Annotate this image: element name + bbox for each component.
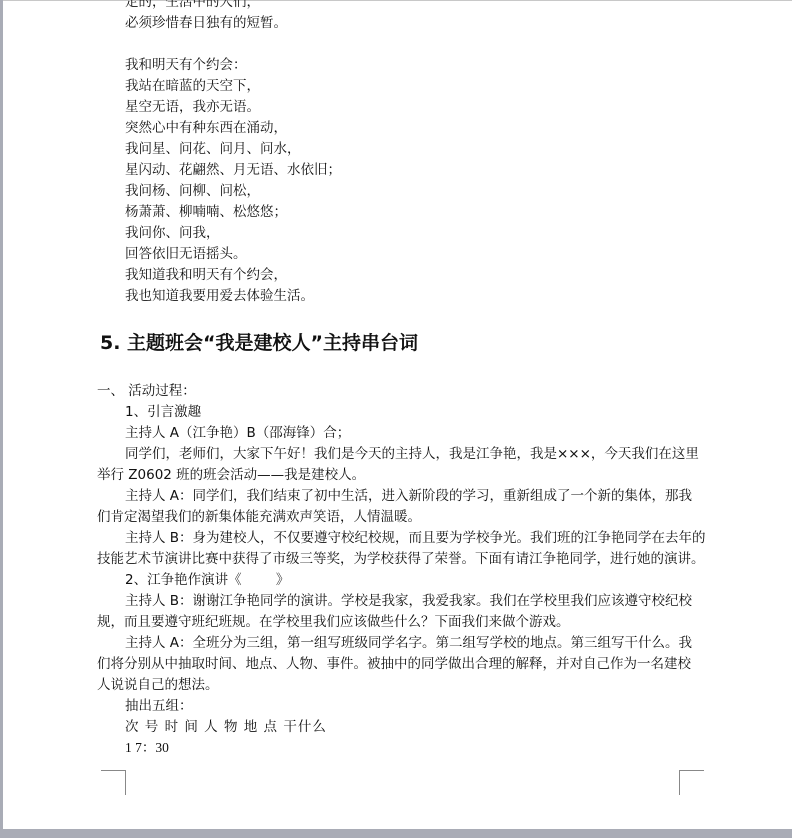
- poem-line: 我问星、问花、问月、问水，: [125, 139, 301, 159]
- section-heading: 5. 主题班会“我是建校人”主持串台词: [100, 328, 418, 355]
- poem-line: 定的，生活中的人们，: [125, 0, 260, 12]
- margin-corner-mark-right: [679, 770, 704, 795]
- paragraph-line: 主持人 A：同学们，我们结束了初中生活，进入新阶段的学习，重新组成了一个新的集体…: [125, 486, 711, 506]
- poem-line: 突然心中有种东西在涌动，: [125, 118, 287, 138]
- margin-corner-mark-left: [101, 770, 126, 795]
- subsection-title: 1、引言激趣: [125, 402, 201, 422]
- table-header-line: 次 号 时 间 人 物 地 点 干什么: [125, 717, 327, 737]
- table-row-line: 1 7：30: [125, 738, 169, 758]
- paragraph-line: 们将分别从中抽取时间、地点、人物、事件。被抽中的同学做出合理的解释，并对自己作为…: [97, 654, 713, 674]
- poem-line: 我也知道我要用爱去体验生活。: [125, 286, 314, 306]
- poem-line: 我站在暗蓝的天空下，: [125, 76, 260, 96]
- paragraph-line: 同学们，老师们，大家下午好！我们是今天的主持人，我是江争艳，我是×××，今天我们…: [125, 444, 711, 464]
- paragraph-line: 技能艺术节演讲比赛中获得了市级三等奖，为学校获得了荣誉。下面有请江争艳同学，进行…: [97, 549, 713, 569]
- paragraph-line: 们肯定渴望我们的新集体能充满欢声笑语，人情温暖。: [97, 507, 421, 527]
- document-page[interactable]: 定的，生活中的人们， 必须珍惜春日独有的短暂。 我和明天有个约会： 我站在暗蓝的…: [3, 0, 792, 829]
- paragraph-line: 人说说自己的想法。: [97, 675, 219, 695]
- paragraph-line: 主持人 B：谢谢江争艳同学的演讲。学校是我家，我爱我家。我们在学校里我们应该遵守…: [125, 591, 711, 611]
- paragraph-line: 主持人 A（江争艳）B（邵海锋）合；: [125, 423, 350, 443]
- paragraph-line: 主持人 A：全班分为三组，第一组写班级同学名字。第二组写学校的地点。第三组写干什…: [125, 633, 711, 653]
- poem-line: 星空无语，我亦无语。: [125, 97, 260, 117]
- paragraph-line: 举行 Z0602 班的班会活动——我是建校人。: [97, 465, 365, 485]
- poem-line: 我问你、问我，: [125, 223, 220, 243]
- paragraph-line: 主持人 B：身为建校人，不仅要遵守校纪校规，而且要为学校争光。我们班的江争艳同学…: [125, 528, 711, 548]
- poem-line: 我问杨、问柳、问松，: [125, 181, 260, 201]
- paragraph-line: 抽出五组：: [125, 696, 193, 716]
- poem-line: 我知道我和明天有个约会，: [125, 265, 287, 285]
- poem-line: 星闪动、花翩然、月无语、水依旧；: [125, 160, 341, 180]
- poem-line: 回答依旧无语摇头。: [125, 244, 247, 264]
- poem-line: 必须珍惜春日独有的短暂。: [125, 13, 287, 33]
- poem-line: 杨萧萧、柳喃喃、松悠悠；: [125, 202, 287, 222]
- poem-line: 我和明天有个约会：: [125, 55, 247, 75]
- paragraph-line: 规，而且要遵守班纪班规。在学校里我们应该做些什么？下面我们来做个游戏。: [97, 612, 570, 632]
- list-heading: 一、 活动过程：: [97, 381, 196, 401]
- subsection-title: 2、江争艳作演讲《 》: [125, 570, 289, 590]
